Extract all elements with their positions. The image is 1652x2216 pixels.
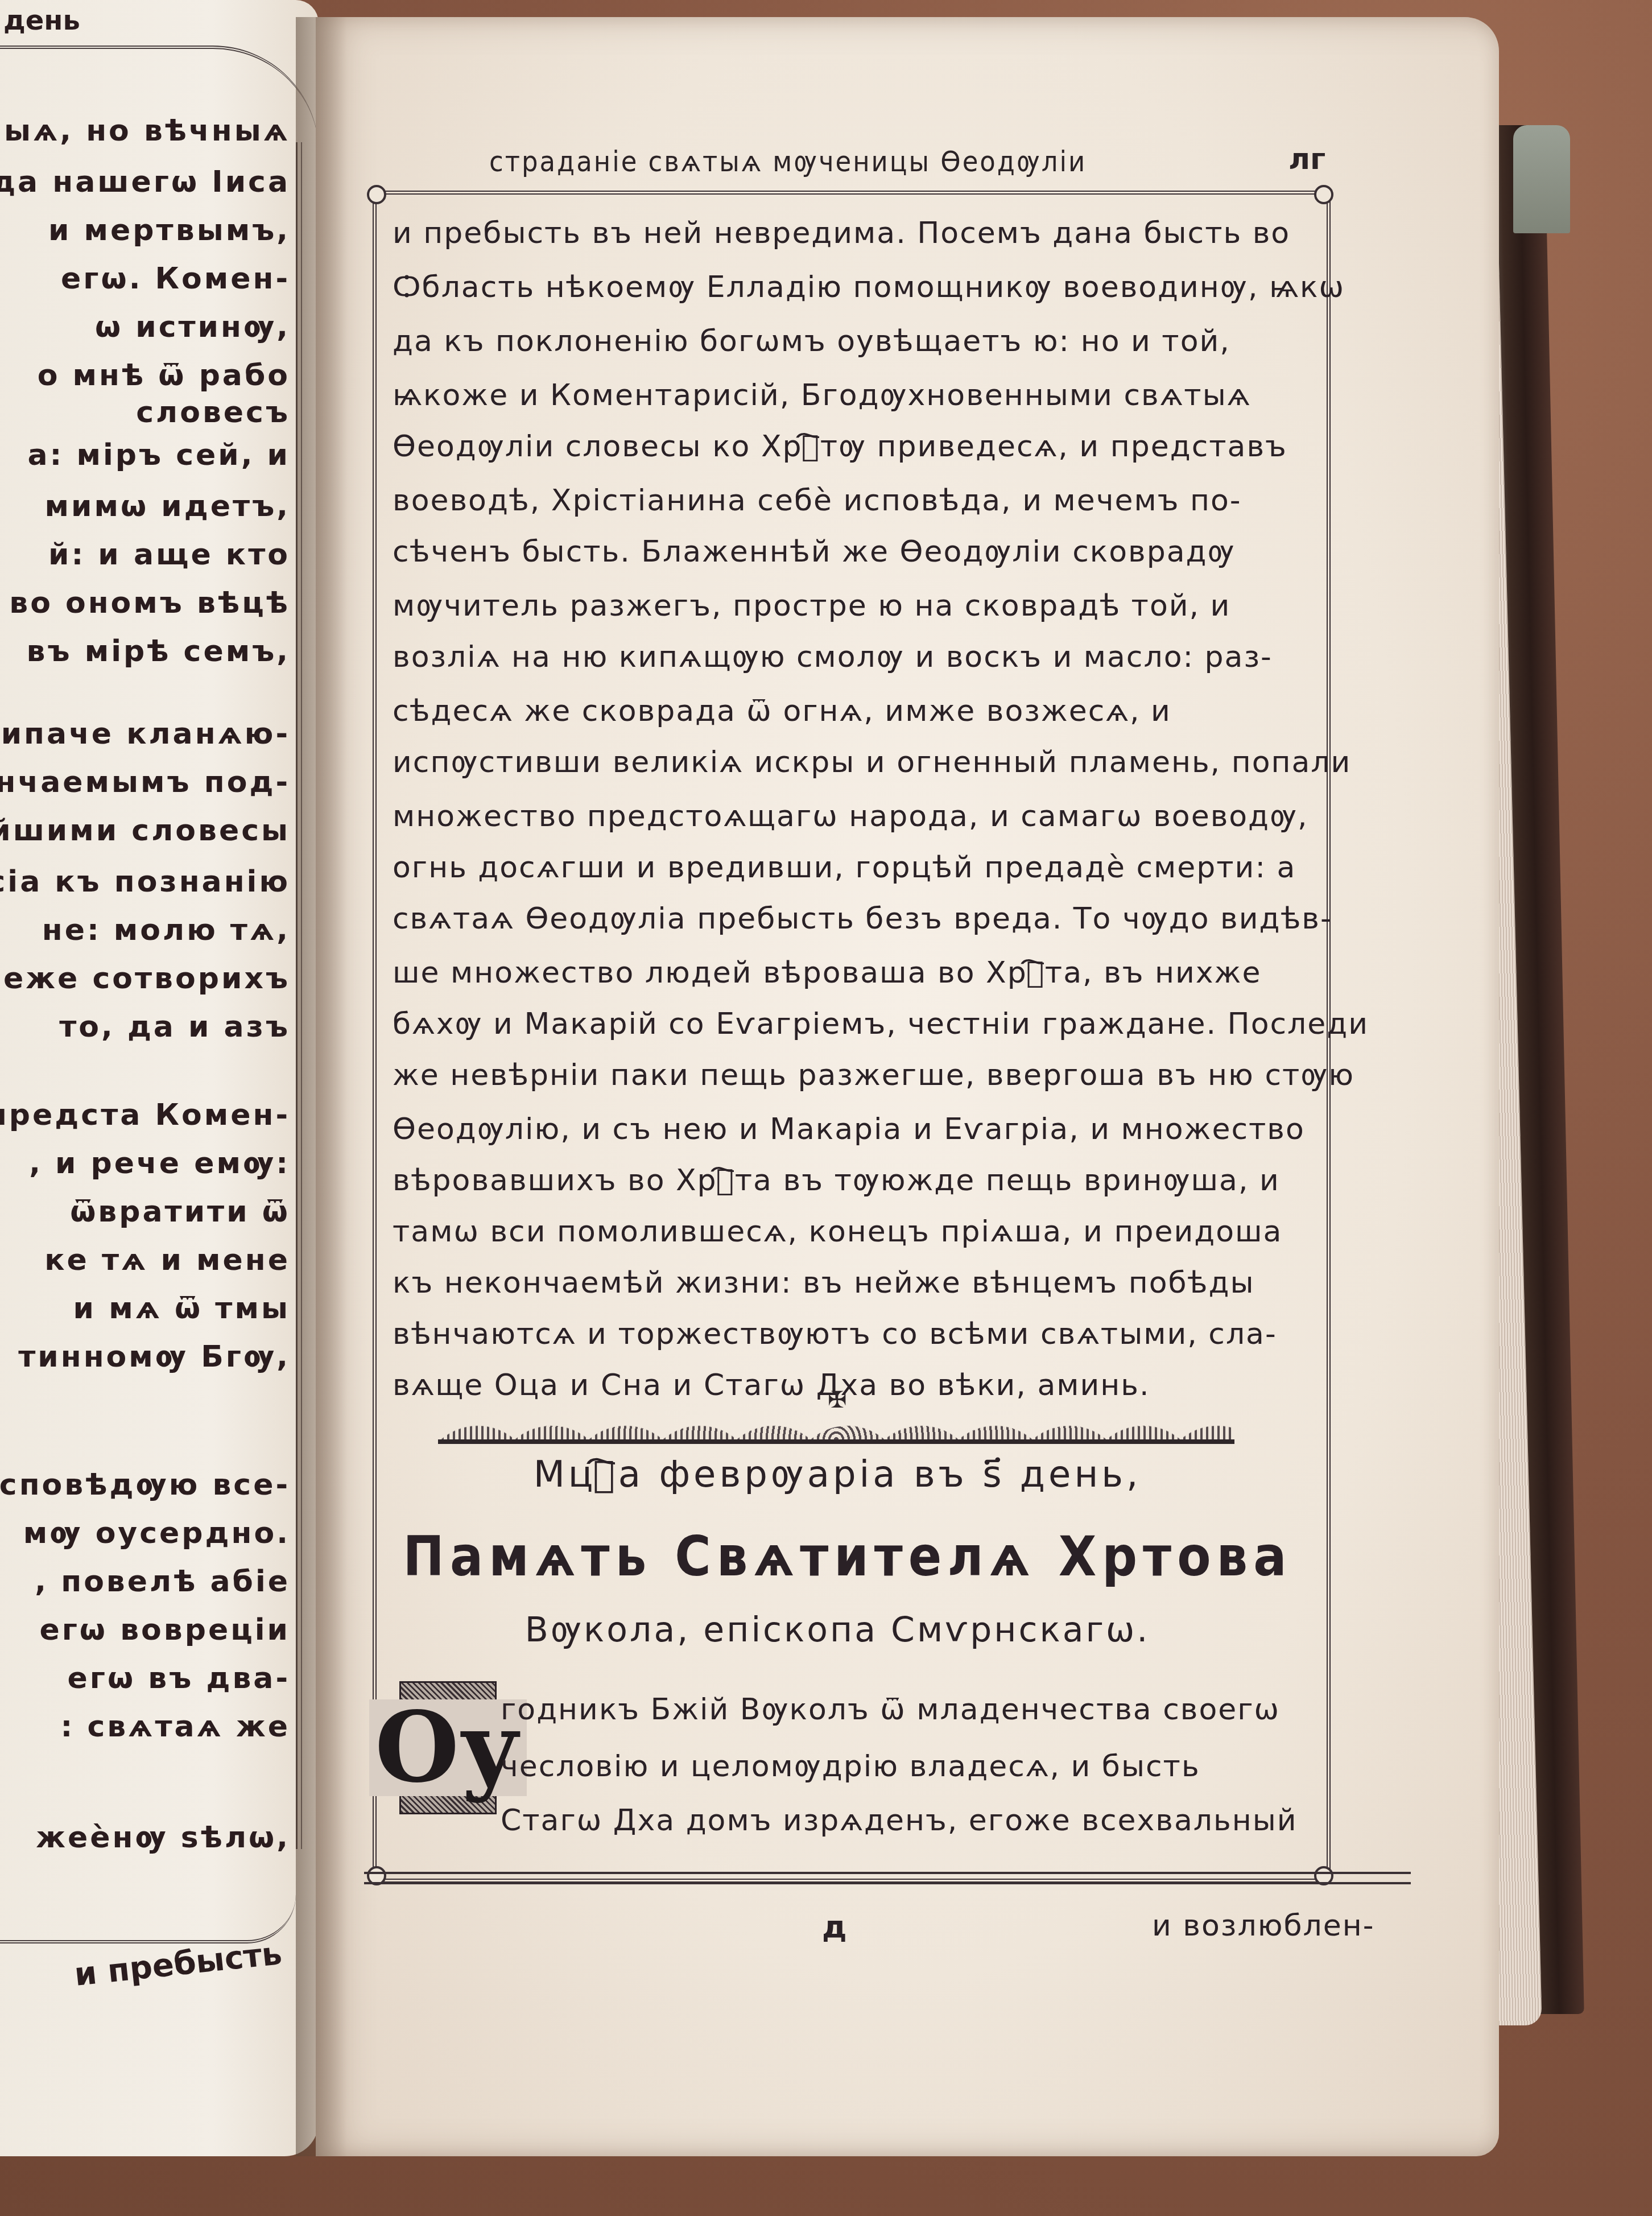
left-line: въ мірѣ семъ,: [27, 634, 290, 668]
body-line: Ѳеодѹлію, и съ нею и Макаріа и Еѵагріа, …: [393, 1112, 1303, 1146]
frame-knot-icon: [1314, 185, 1333, 204]
left-line: ѡ истинѹ,: [95, 310, 290, 344]
left-line: , и рече емѹ:: [29, 1146, 290, 1181]
running-head: страданіе свѧтыѧ мѹченицы Ѳеодѹліи: [489, 145, 1087, 178]
body-line: мѹчитель разжегъ, простре ю на сковрадѣ …: [393, 589, 1303, 623]
page-number: лг: [1288, 142, 1325, 176]
left-page-bottom-border: [0, 1895, 296, 1943]
cross-icon: ✠: [828, 1387, 847, 1413]
body-line: къ некончаемѣй жизни: въ нейже вѣнцемъ п…: [393, 1266, 1303, 1300]
left-page-header-fragment: день: [3, 5, 80, 36]
left-line: мимѡ идетъ,: [45, 489, 290, 523]
left-line: не: молю тѧ,: [42, 913, 290, 947]
body-line: же невѣрніи паки пещь разжегше, ввергоша…: [393, 1058, 1303, 1092]
left-line: а: міръ сей, и: [27, 438, 290, 472]
body-line: сѣдесѧ же сковрада ѿ огнѧ, имже возжесѧ,…: [393, 694, 1303, 728]
frame-bottom-rule: [364, 1872, 1411, 1884]
frame-knot-icon: [367, 185, 386, 204]
catchword: и возлюблен-: [1152, 1909, 1375, 1943]
left-line: да нашегѡ Іисa: [0, 165, 290, 199]
left-line: жеѐнѹ ѕѣлѡ,: [36, 1821, 290, 1855]
left-line: то, да и азъ: [59, 1010, 290, 1044]
left-line: наипаче кланѧю-: [0, 717, 290, 751]
left-line: словесъ: [136, 395, 290, 430]
saint-name-title: Вѹкола, епіскопа Смѵрнскагѡ.: [0, 1610, 1652, 1650]
body-line: огнь досѧгши и вредивши, горцѣй предадѐ …: [393, 851, 1303, 885]
paragraph-line: чесловію и целомѹдрію владесѧ, и бысть: [501, 1749, 1303, 1784]
body-line: ше множество людей вѣроваша во Хрⷭ҇та, в…: [393, 956, 1303, 990]
body-line: бѧхѹ и Макарій со Еѵагріемъ, честніи гра…: [393, 1007, 1303, 1041]
left-line: еже сотворихъ: [3, 961, 290, 996]
body-line: тамѡ вси помолившесѧ, конецъ пріѧша, и п…: [393, 1215, 1303, 1249]
paragraph-line: Стагѡ Дха домъ изрѧденъ, егоже всехвальн…: [501, 1804, 1303, 1838]
left-line: ке тѧ и мене: [44, 1243, 290, 1277]
saint-memory-title: Памѧть Свѧтителѧ Хртова: [393, 1525, 1303, 1588]
body-line: испѹстивши великіѧ искры и огненный плам…: [393, 745, 1303, 779]
drop-cap-initial: Оу: [399, 1681, 497, 1814]
body-line: и пребысть въ ней невредима. Посемъ дана…: [393, 216, 1303, 250]
left-line: сіа къ познанію: [0, 865, 290, 899]
left-line: и мертвымъ,: [48, 213, 290, 247]
body-line: множество предстоѧщагѡ народа, и самагѡ …: [393, 799, 1303, 833]
body-line: возліѧ на ню кипѧщѹю смолѹ и воскъ и мас…: [393, 640, 1303, 674]
gutter-shadow: [296, 17, 347, 2156]
headpiece-rule: [438, 1439, 1234, 1444]
left-line: : свѧтаѧ же: [60, 1710, 290, 1744]
left-line: айшими словесы: [0, 814, 290, 848]
left-line: , повелѣ абіе: [35, 1565, 290, 1599]
left-line: мѹ оусердно.: [23, 1516, 290, 1550]
body-line: сѣченъ бысть. Блаженнѣй же Ѳеодѹліи сков…: [393, 535, 1303, 569]
left-line: предста Комен-: [0, 1098, 290, 1132]
left-line: й: и аще кто: [48, 538, 290, 572]
book-cover-corner: [1513, 125, 1570, 233]
paragraph-line: годникъ Бжій Вѹколъ ѿ младенчества своег…: [501, 1693, 1303, 1727]
body-line: ѩкоже и Коментарисій, Бгодѹхновенными св…: [393, 378, 1303, 412]
left-line: во ономъ вѣцѣ: [9, 586, 290, 620]
body-line: свѧтаѧ Ѳеодѹліа пребысть безъ вреда. То …: [393, 902, 1303, 936]
body-line: Ѳеодѹліи словесы ко Хрⷭ҇тѹ приведесѧ, и …: [393, 430, 1303, 464]
left-line: ончаемымъ под-: [0, 765, 290, 799]
body-line: Ѻбласть нѣкоемѹ Елладію помощникѹ воевод…: [393, 270, 1303, 304]
left-line: тинномѹ Бгѹ,: [18, 1340, 290, 1374]
left-line: егѡ. Комен-: [61, 262, 290, 296]
left-line: и мѧ ѿ тмы: [73, 1291, 290, 1326]
left-line: ѿвратити ѿ: [70, 1195, 290, 1229]
left-line: егѡ въ два-: [68, 1661, 290, 1695]
signature-mark: д: [822, 1909, 847, 1945]
body-line: да къ поклоненію богѡмъ оувѣщаетъ ю: но …: [393, 324, 1303, 358]
left-line: нныѧ, но вѣчныѧ: [0, 114, 290, 148]
body-line: воеводѣ, Хрістіанина себѐ исповѣда, и ме…: [393, 484, 1303, 518]
feast-date-title: Мцⷭ҇а феврѹаріа въ ѕ҃ день,: [0, 1454, 1652, 1496]
body-line: вѣнчаютсѧ и торжествѹютъ со всѣми свѧтым…: [393, 1317, 1303, 1351]
body-line: вѣровавшихъ во Хрⷭ҇та въ тѹюжде пещь ври…: [393, 1163, 1303, 1198]
left-line: о мнѣ ѿ рабо: [38, 358, 290, 393]
